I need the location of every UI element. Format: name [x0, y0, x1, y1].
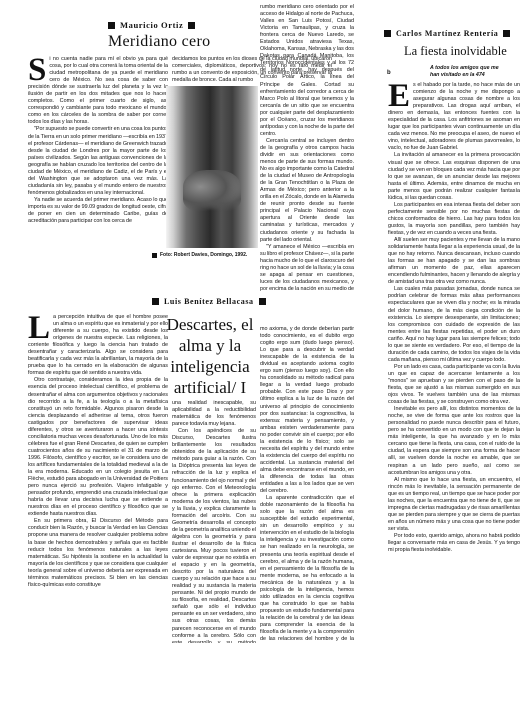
drop-cap: L [28, 315, 50, 341]
paragraph: rumbo meridiano cero orientado por el ac… [260, 4, 354, 138]
epigraph-line: han visitado en la 474 [430, 72, 499, 79]
paragraph: Por un lado es casa, cada participante v… [388, 364, 520, 406]
byline-square-marker [108, 22, 115, 29]
photo-caption: Foto: Robert Davies, Domingo, 1992. [152, 252, 247, 258]
paragraph: una realidad inescapable, su aplicabilid… [172, 400, 256, 428]
drop-cap: S [28, 57, 46, 83]
article1-byline: Mauricio Ortiz [108, 20, 195, 30]
article1-column-c: rumbo meridiano cero orientado por el ac… [260, 4, 354, 292]
article1-author: Mauricio Ortiz [120, 20, 183, 30]
paragraph: Otro contrastaje, consideramos la idea p… [28, 377, 168, 518]
byline-square-marker [152, 298, 159, 305]
paragraph: Los participantes en esa intensa fiesta … [388, 202, 520, 237]
article3-title: Descartes, el alma y la inteligencia art… [160, 314, 260, 398]
paragraph: La invitación al amanecer es la primera … [388, 152, 520, 201]
article3-author: Luis Benítez Bellacasa [164, 297, 254, 306]
paragraph: i no cuenta nadie para mí el obvio ya pa… [28, 56, 168, 126]
article1-title: Meridiano cero [108, 33, 210, 51]
byline-square-marker [259, 298, 266, 305]
photo-caption-text: Foto: Robert Davies, Domingo, 1992. [160, 252, 247, 258]
article2-epigraph: A todos los amigos que me han visitado e… [430, 65, 499, 79]
byline-square-marker [188, 22, 195, 29]
title-line: alma y la [160, 335, 260, 356]
paragraph: Inevitable es pero allí, los distintos m… [388, 406, 520, 476]
paragraph: Las cuales más pasadas jornadas, donde n… [388, 286, 520, 364]
article2-author: Carlos Martínez Rentería [396, 29, 498, 38]
drop-cap: E [388, 83, 410, 109]
sculpture-photo [166, 86, 258, 248]
title-line: Descartes, el [160, 314, 260, 335]
paragraph: "Y amanece el México —escribía en su lib… [260, 244, 354, 292]
page-marker: b [387, 70, 391, 76]
byline-square-marker [384, 30, 391, 37]
article3-column-c: mo axioma, y de donde deberían partir to… [260, 326, 354, 643]
title-line: artificial/ I [160, 377, 260, 398]
title-line: inteligencia [160, 356, 260, 377]
photo-detail [183, 170, 242, 212]
article3-column-b: una realidad inescapable, su aplicabilid… [172, 400, 256, 643]
paragraph: En su primera obra, El Discurso del Méto… [28, 518, 168, 588]
caption-square-marker [152, 253, 157, 258]
paragraph: mo axioma, y de donde deberían partir to… [260, 326, 354, 495]
article1-column-a: S i no cuenta nadie para mí el obvio ya … [28, 56, 168, 240]
byline-square-marker [503, 30, 510, 37]
paragraph: Allí suelen ser muy pacientes y me lleva… [388, 237, 520, 286]
paragraph: Cercanía central se incluyen dentro de l… [260, 138, 354, 244]
paragraph: Por todo esto, querido amigo, ahora no h… [388, 533, 520, 554]
epigraph-line: A todos los amigos que me [430, 65, 499, 72]
paragraph: "Por supuesto se puede convertir en una … [28, 126, 168, 196]
article3-byline: Luis Benítez Bellacasa [152, 297, 266, 306]
paragraph: Al mismo que lo hace una fiesta, un encu… [388, 477, 520, 533]
article2-byline: Carlos Martínez Rentería [384, 29, 510, 38]
article2-column: E s el habado por la tarde, no hace más … [388, 82, 520, 682]
article3-column-a: L a percepción intuitiva de que el hombr… [28, 314, 168, 642]
paragraph: Con los apéndices de su Discurso, Descar… [172, 428, 256, 643]
article2-title: La fiesta inolvidable [404, 44, 507, 59]
paragraph: Ya nadie se acuerda del primer meridiano… [28, 197, 168, 225]
paragraph: La aparente contradicción que el doble r… [260, 495, 354, 643]
